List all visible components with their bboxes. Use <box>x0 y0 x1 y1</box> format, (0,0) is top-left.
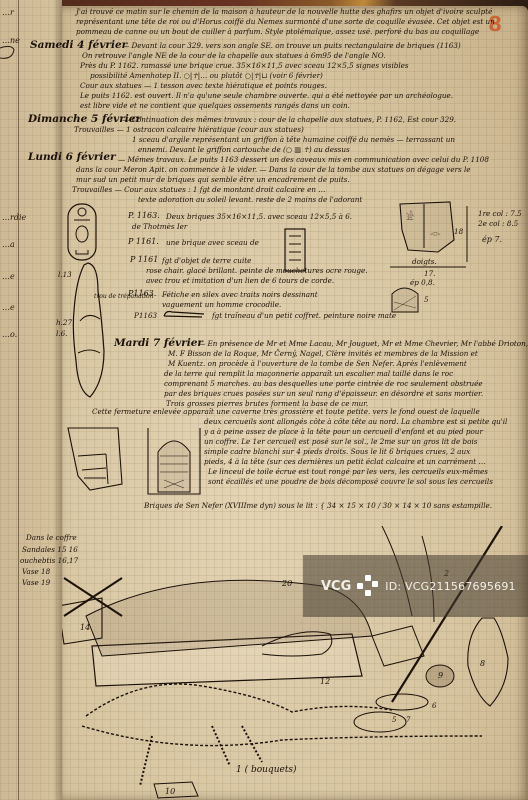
find-ref: P 1161 <box>130 256 158 264</box>
text-line: sont écaillés et une poudre de bois déco… <box>208 478 493 485</box>
sketch-label: Vase 18 <box>22 568 50 575</box>
sketch-label: 1re col : 7.5 <box>478 210 522 217</box>
text-line: par des briques crues posées sur un seul… <box>164 390 483 397</box>
tomb-plan-sketch <box>66 426 126 492</box>
left-page-fragment: …e <box>2 272 15 281</box>
sketch-label: 18 <box>454 228 463 235</box>
sketch-label: Dans le coffre <box>26 534 77 541</box>
text-line: Le puits 1162. est ouvert. Il n'a qu'une… <box>80 92 453 99</box>
sketch-label: 5 <box>424 296 429 303</box>
find-text: avec trou et imitation d'un lien de 6 to… <box>146 277 334 284</box>
text-line: 1 sceau d'argile représentant un griffon… <box>132 136 455 143</box>
svg-text:𓁹: 𓁹 <box>430 229 441 239</box>
svg-text:9: 9 <box>438 671 443 680</box>
fetish-figure-sketch <box>68 261 108 401</box>
entry-date: Mardi 7 février <box>114 338 203 349</box>
sledge-runner-sketch <box>162 308 206 322</box>
text-line: dans la cour Meron Apit. on commence à l… <box>76 166 471 173</box>
text-line: représentant une tête de roi ou d'Horus … <box>76 18 495 25</box>
left-page-fragment: …a <box>2 240 15 249</box>
text-line: Trouvailles — Cour aux statues : 1 fgt d… <box>72 186 325 193</box>
text-line: simple cadre blanchi sur 4 pieds droits.… <box>204 448 470 455</box>
svg-text:12: 12 <box>320 677 330 686</box>
text-line: J'ai trouvé ce matin sur le chemin de la… <box>76 8 492 15</box>
svg-text:10: 10 <box>165 787 175 796</box>
find-ref: P 1161. <box>128 238 159 246</box>
text-line: M. F Bisson de la Roque, Mr Černý, Nagel… <box>168 350 478 357</box>
find-text: rose chair. glacé brillant. peinte de mo… <box>146 267 368 274</box>
stela-fragment-sketch: 𓀀 𓁹 <box>398 200 458 260</box>
svg-text:6: 6 <box>432 702 437 710</box>
sketch-label: h.27 <box>56 319 72 326</box>
text-line: possibilité Amenhotep II. ○|☥|… ou plutô… <box>90 72 323 79</box>
text-line: Près du P. 1162. ramassé une brique crue… <box>80 62 409 69</box>
text-line: pommeau de canne ou un bout de cuiller à… <box>76 28 479 35</box>
left-page-fragment: …rdie <box>2 213 26 222</box>
notebook-page: 8 J'ai trouvé ce matin sur le chemin de … <box>62 6 528 800</box>
svg-text:5: 5 <box>392 716 397 724</box>
find-ref: P1163. <box>128 290 156 298</box>
svg-text:7: 7 <box>406 716 411 724</box>
text-line: — Continuation des mêmes travaux : cour … <box>122 116 456 123</box>
text-line: M Kuentz. on procède à l'ouverture de la… <box>168 360 467 367</box>
find-text: Fétiche en silex avec traits noirs dessi… <box>162 291 318 298</box>
text-line: On retrouve l'angle NE de la cour de la … <box>82 52 386 59</box>
text-line: — Devant la cour 329. vers son angle SE.… <box>122 42 461 49</box>
watermark-id: ID: VCG211567695691 <box>385 580 515 593</box>
text-line: texte adoration au soleil levant. reste … <box>138 196 362 203</box>
text-line: Le linceul de toile écrue est tout rongé… <box>208 468 488 475</box>
left-page-fragment: …e <box>2 303 15 312</box>
left-page-sketch <box>0 44 16 64</box>
text-line: y a à peine assez de place à la tête pou… <box>204 428 483 435</box>
entry-date: Samedi 4 février <box>30 40 127 51</box>
arched-door-sketch <box>144 426 204 496</box>
left-page-margin-line <box>18 0 19 800</box>
left-page-fragment: …r <box>2 8 14 17</box>
dimension-arrow <box>464 204 470 264</box>
find-ref: P1163 <box>134 312 157 319</box>
bouquets-caption: 1 ( bouquets) <box>236 766 297 775</box>
svg-text:8: 8 <box>480 659 485 668</box>
left-page-fragment: …o. <box>2 330 17 339</box>
text-line: pieds, 4 à la tête (sur ces dernières un… <box>204 458 486 465</box>
text-line: de la terre qui remplit la maçonnerie ap… <box>164 370 453 377</box>
sketch-label: l.6. <box>56 330 67 337</box>
text-line: deux cercueils sont allongés côte à côte… <box>204 418 507 425</box>
entry-date: Lundi 6 février <box>28 152 116 163</box>
text-line: mur sud un petit mur de briques qui semb… <box>76 176 350 183</box>
watermark-logo: VCG <box>321 579 351 594</box>
sketch-label: ép 0,8. <box>410 279 435 286</box>
svg-text:𓀀: 𓀀 <box>406 211 414 223</box>
find-text: fgt traîneau d'un petit coffret. peintur… <box>212 312 396 319</box>
sketch-label: Vase 19 <box>22 579 50 586</box>
find-text: Deux briques 35×16×11,5. avec sceau 12×5… <box>166 213 352 220</box>
text-line: Cour aux statues — 1 tesson avec texte h… <box>80 82 327 89</box>
text-line: Trouvailles — 1 ostracon calcaire hiérat… <box>74 126 304 133</box>
find-text: fgt d'objet de terre cuite <box>162 257 251 264</box>
sketch-label: ép 7. <box>482 236 502 244</box>
text-line: — En présence de Mr et Mme Lacau, Mr Jou… <box>198 340 528 347</box>
sketch-label: Sandales 15 16 <box>22 546 78 553</box>
find-text: de Thotmès Ier <box>132 223 187 230</box>
text-line: Cette fermeture enlevée apparaît une cav… <box>92 408 480 415</box>
text-line: comprenant 5 marches. au bas desquelles … <box>164 380 483 387</box>
sketch-label: ouchebtis 16,17 <box>20 557 78 564</box>
cartouche-sketch <box>66 202 100 264</box>
sketch-label: 17. <box>424 270 435 277</box>
text-line: un coffre. Le 1er cercueil est posé sur … <box>204 438 477 445</box>
watermark: VCG ID: VCG211567695691 <box>303 555 528 617</box>
vcg-logo-icon <box>357 575 379 597</box>
text-line: ennemi. Devant le griffon cartouche de (… <box>138 146 350 153</box>
sketch-label: l.13 <box>58 271 72 278</box>
text-line: est libre vide et ne contient que quelqu… <box>80 102 350 109</box>
find-ref: P. 1163. <box>128 212 160 220</box>
svg-text:20: 20 <box>281 579 292 588</box>
sketch-label: 2e col : 8.5 <box>478 220 518 227</box>
text-line: — Mêmes travaux. Le puits 1163 dessert u… <box>118 156 489 163</box>
bricks-caption: Briques de Sen Nefer (XVIIIme dyn) sous … <box>144 502 492 509</box>
svg-text:14: 14 <box>80 623 90 632</box>
find-text: une brique avec sceau de <box>166 239 259 246</box>
